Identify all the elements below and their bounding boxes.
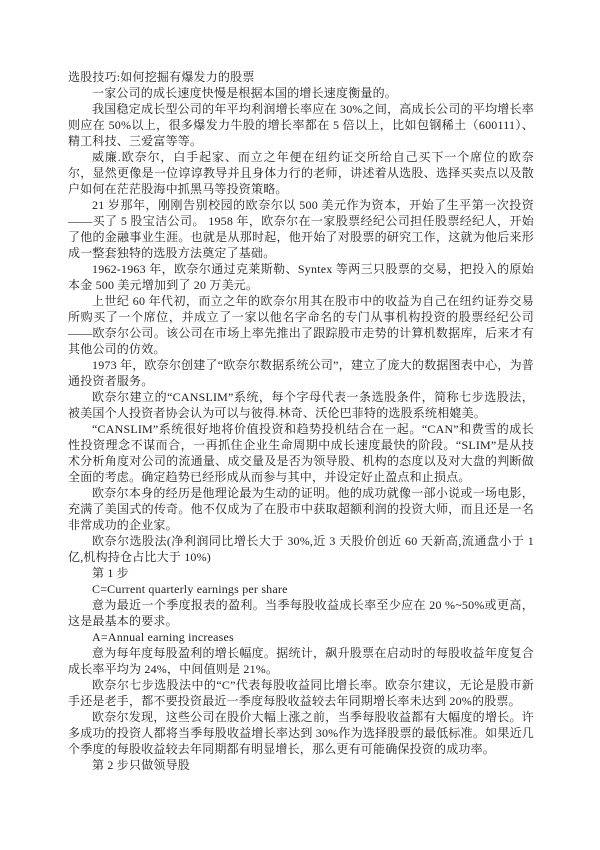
paragraph: 意为每年度每股盈利的增长幅度。据统计，飙升股票在启动时的每股收益年度复合成长率平… bbox=[68, 645, 534, 677]
paragraph: 欧奈尔本身的经历是他理论最为生动的证明。他的成功就像一部小说或一场电影，充满了美… bbox=[68, 485, 534, 533]
paragraph: 欧奈尔发现，这些公司在股价大幅上涨之前，当季每股收益都有大幅度的增长。许多成功的… bbox=[68, 709, 534, 757]
paragraph: “CANSLIM”系统很好地将价值投资和趋势投机结合在一起。“CAN”和费雪的成… bbox=[68, 421, 534, 485]
paragraph: 我国稳定成长型公司的年平均利润增长率应在 30%之间，高成长公司的平均增长率则应… bbox=[68, 101, 534, 149]
document-page: 选股技巧:如何挖掘有爆发力的股票一家公司的成长速度快慢是根据本国的增长速度衡量的… bbox=[0, 0, 600, 850]
paragraph: 威廉.欧奈尔，白手起家、而立之年便在纽约证交所给自己买下一个席位的欧奈尔，显然更… bbox=[68, 149, 534, 197]
paragraph: C=Current quarterly earnings per share bbox=[68, 581, 534, 597]
paragraph: 21 岁那年，刚刚告别校园的欧奈尔以 500 美元作为资本，开始了生平第一次投资… bbox=[68, 197, 534, 261]
document-body: 选股技巧:如何挖掘有爆发力的股票一家公司的成长速度快慢是根据本国的增长速度衡量的… bbox=[68, 69, 534, 773]
paragraph: 一家公司的成长速度快慢是根据本国的增长速度衡量的。 bbox=[68, 85, 534, 101]
document-title: 选股技巧:如何挖掘有爆发力的股票 bbox=[68, 69, 534, 85]
paragraph: 欧奈尔建立的“CANSLIM”系统，每个字母代表一条选股条件，简称七步选股法，被… bbox=[68, 389, 534, 421]
paragraph: 欧奈尔七步选股法中的“C”代表每股收益同比增长率。欧奈尔建议，无论是股市新手还是… bbox=[68, 677, 534, 709]
paragraph: 第 2 步只做领导股 bbox=[68, 757, 534, 773]
paragraph: A=Annual earning increases bbox=[68, 629, 534, 645]
paragraph: 欧奈尔选股法(净利润同比增长大于 30%,近 3 天股价创近 60 天新高,流通… bbox=[68, 533, 534, 565]
paragraph: 1973 年，欧奈尔创建了“欧奈尔数据系统公司”，建立了庞大的数据图表中心，为普… bbox=[68, 357, 534, 389]
paragraph: 上世纪 60 年代初，而立之年的欧奈尔用其在股市中的收益为自己在纽约证券交易所购… bbox=[68, 293, 534, 357]
paragraph: 意为最近一个季度报表的盈利。当季每股收益成长率至少应在 20 %~50%或更高，… bbox=[68, 597, 534, 629]
paragraph: 第 1 步 bbox=[68, 565, 534, 581]
paragraph: 1962-1963 年，欧奈尔通过克莱斯勒、Syntex 等两三只股票的交易，把… bbox=[68, 261, 534, 293]
